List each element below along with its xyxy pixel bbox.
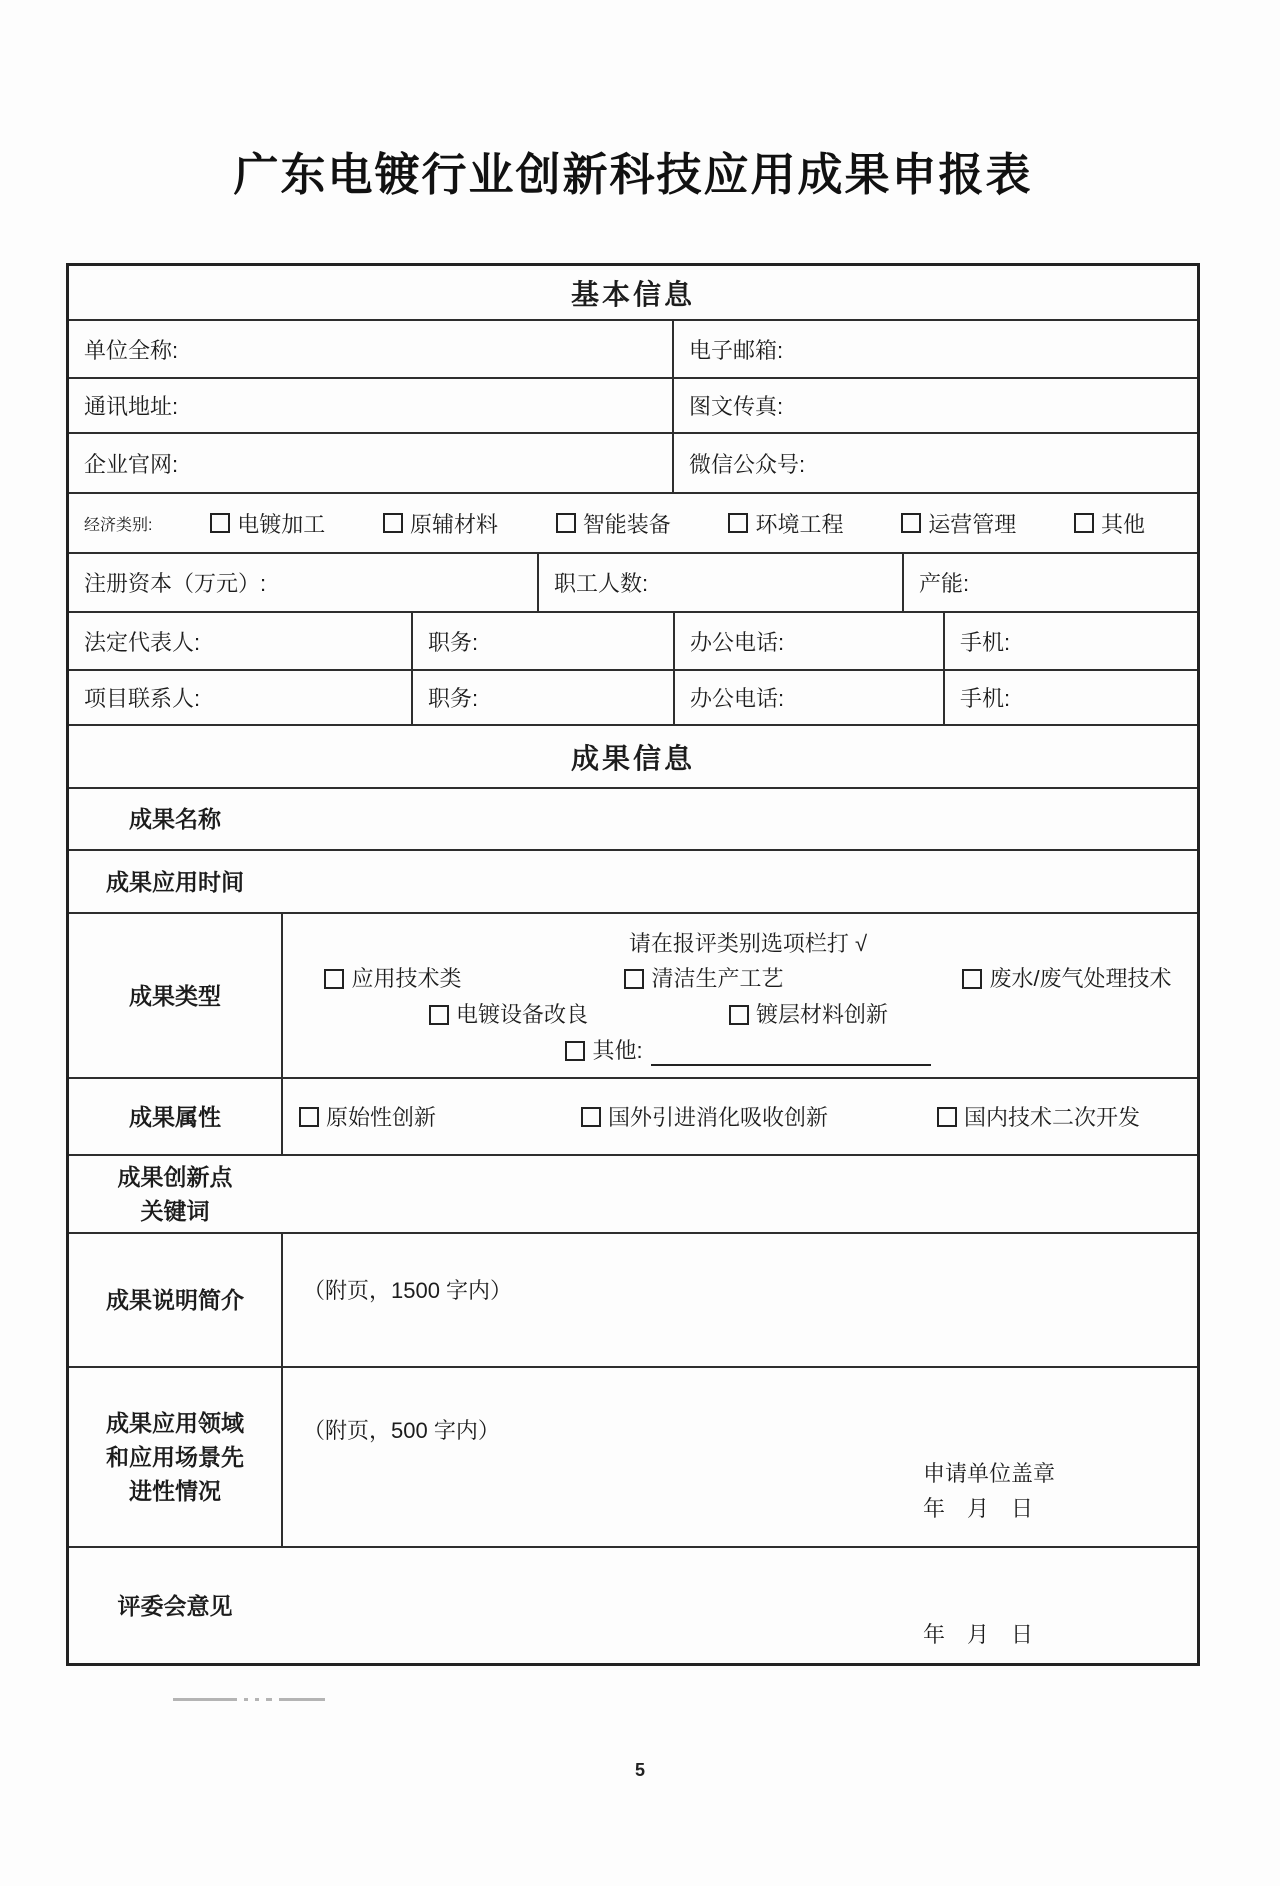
row-website-wechat: 企业官网: 微信公众号:: [69, 434, 1197, 494]
checkbox-option-environmental-engineering: 环境工程: [728, 508, 843, 539]
capacity-label: 产能:: [919, 567, 969, 598]
option-label: 其他:: [592, 1036, 642, 1066]
mobile-label: 手机:: [960, 682, 1010, 713]
legal-rep-mobile-field: 手机:: [943, 613, 1197, 669]
staff-count-field: 职工人数:: [537, 554, 902, 611]
checkbox-icon: [581, 1107, 601, 1127]
legal-rep-label: 法定代表人:: [84, 626, 200, 657]
email-label: 电子邮箱:: [689, 334, 783, 365]
stamp-date-line: 年 月 日: [923, 1491, 1055, 1526]
achievement-info-header-label: 成果信息: [571, 737, 695, 777]
section-header-achievement-info: 成果信息: [69, 726, 1197, 789]
application-field-label-line3: 进性情况: [129, 1474, 221, 1508]
checkbox-option-smart-equipment: 智能装备: [556, 508, 671, 539]
stamp-label: 申请单位盖章: [923, 1456, 1055, 1491]
checkbox-icon: [728, 513, 748, 533]
office-phone-label: 办公电话:: [690, 626, 784, 657]
other-type-fill-line: [651, 1042, 931, 1066]
option-label: 国外引进消化吸收创新: [608, 1101, 828, 1132]
checkbox-option-operations-management: 运营管理: [901, 508, 1016, 539]
project-contact-mobile-field: 手机:: [943, 671, 1197, 724]
registered-capital-field: 注册资本（万元）:: [69, 554, 537, 611]
checkbox-icon: [299, 1107, 319, 1127]
achievement-time-label-cell: 成果应用时间: [69, 851, 281, 912]
option-label: 原辅材料: [410, 508, 498, 539]
committee-opinion-input-area: 年 月 日: [281, 1548, 1197, 1663]
checkbox-option-equipment-improvement: 电镀设备改良: [429, 1000, 729, 1030]
option-label: 镀层材料创新: [756, 1000, 888, 1030]
page-number: 5: [0, 1760, 1280, 1781]
achievement-summary-label-cell: 成果说明简介: [69, 1234, 281, 1366]
checkbox-icon: [1074, 513, 1094, 533]
legal-rep-position-field: 职务:: [411, 613, 673, 669]
row-achievement-type: 成果类型 请在报评类别选项栏打 √ 应用技术类 清洁生产工艺 废水/废气处理技: [69, 914, 1197, 1079]
type-options-line-3: 其他:: [565, 1036, 930, 1066]
application-field-label-cell: 成果应用领域 和应用场景先 进性情况: [69, 1368, 281, 1546]
row-application-field: 成果应用领域 和应用场景先 进性情况 （附页，500 字内） 申请单位盖章 年 …: [69, 1368, 1197, 1548]
checkbox-option-plating-processing: 电镀加工: [210, 508, 325, 539]
option-label: 环境工程: [755, 508, 843, 539]
project-contact-office-phone-field: 办公电话:: [673, 671, 943, 724]
checkbox-icon: [729, 1005, 749, 1025]
application-form-table: 基本信息 单位全称: 电子邮箱: 通讯地址: 图文传真: 企业官网: 微信公众号…: [66, 263, 1200, 1666]
summary-attachment-note: （附页，1500 字内）: [303, 1278, 512, 1303]
achievement-summary-label: 成果说明简介: [106, 1283, 244, 1317]
checkbox-icon: [210, 513, 230, 533]
checkbox-icon: [624, 969, 644, 989]
economic-category-field: 经济类别: 电镀加工 原辅材料 智能装备 环境工程: [69, 494, 1197, 552]
position-label: 职务:: [428, 626, 478, 657]
checkbox-option-foreign-absorbed-innovation: 国外引进消化吸收创新: [581, 1101, 937, 1132]
option-label: 废水/废气处理技术: [989, 964, 1171, 994]
option-label: 电镀加工: [237, 508, 325, 539]
position-label: 职务:: [428, 682, 478, 713]
address-label: 通讯地址:: [84, 390, 178, 421]
checkbox-icon: [962, 969, 982, 989]
option-label: 智能装备: [583, 508, 671, 539]
checkbox-option-raw-materials: 原辅材料: [383, 508, 498, 539]
applicant-stamp-block: 申请单位盖章 年 月 日: [923, 1456, 1055, 1526]
checkbox-icon: [937, 1107, 957, 1127]
option-label: 清洁生产工艺: [651, 964, 783, 994]
checkbox-option-other: 其他: [1074, 508, 1145, 539]
type-options-line-2: 电镀设备改良 镀层材料创新: [429, 1000, 1067, 1030]
website-field: 企业官网:: [69, 434, 672, 492]
legal-rep-field: 法定代表人:: [69, 613, 411, 669]
achievement-type-options-cell: 请在报评类别选项栏打 √ 应用技术类 清洁生产工艺 废水/废气处理技术: [281, 914, 1197, 1077]
achievement-attribute-label: 成果属性: [129, 1100, 221, 1134]
option-label: 运营管理: [928, 508, 1016, 539]
row-committee-opinion: 评委会意见 年 月 日: [69, 1548, 1197, 1663]
checkbox-option-original-innovation: 原始性创新: [299, 1101, 581, 1132]
row-achievement-attribute: 成果属性 原始性创新 国外引进消化吸收创新 国内技术二次开发: [69, 1079, 1197, 1156]
achievement-attribute-label-cell: 成果属性: [69, 1079, 281, 1154]
option-label: 原始性创新: [326, 1101, 436, 1132]
staff-count-label: 职工人数:: [554, 567, 648, 598]
checkbox-icon: [901, 513, 921, 533]
fax-label: 图文传真:: [689, 390, 783, 421]
committee-opinion-label-cell: 评委会意见: [69, 1548, 281, 1663]
achievement-attribute-options-cell: 原始性创新 国外引进消化吸收创新 国内技术二次开发: [281, 1079, 1197, 1154]
checkbox-icon: [565, 1041, 585, 1061]
achievement-name-label: 成果名称: [129, 802, 221, 836]
committee-date-line: 年 月 日: [923, 1618, 1033, 1649]
wechat-label: 微信公众号:: [689, 448, 805, 479]
application-field-label-line1: 成果应用领域: [106, 1406, 244, 1440]
legal-rep-office-phone-field: 办公电话:: [673, 613, 943, 669]
field-attachment-note: （附页，500 字内）: [303, 1418, 500, 1443]
unit-name-label: 单位全称:: [84, 334, 178, 365]
row-achievement-name: 成果名称: [69, 789, 1197, 851]
achievement-summary-input-area: （附页，1500 字内）: [281, 1234, 1197, 1366]
checkbox-icon: [324, 969, 344, 989]
capacity-field: 产能:: [902, 554, 1197, 611]
achievement-type-label-cell: 成果类型: [69, 914, 281, 1077]
type-options-line-1: 应用技术类 清洁生产工艺 废水/废气处理技术: [324, 964, 1171, 994]
application-field-input-area: （附页，500 字内） 申请单位盖章 年 月 日: [281, 1368, 1197, 1546]
checkbox-option-applied-technology: 应用技术类: [324, 964, 624, 994]
row-capital-staff-capacity: 注册资本（万元）: 职工人数: 产能:: [69, 554, 1197, 613]
website-label: 企业官网:: [84, 448, 178, 479]
checkbox-option-domestic-secondary-development: 国内技术二次开发: [937, 1101, 1197, 1132]
mobile-label: 手机:: [960, 626, 1010, 657]
option-label: 应用技术类: [351, 964, 461, 994]
registered-capital-label: 注册资本（万元）:: [84, 567, 266, 598]
keywords-label-line1: 成果创新点: [118, 1160, 233, 1194]
document-page: 广东电镀行业创新科技应用成果申报表 基本信息 单位全称: 电子邮箱: 通讯地址:…: [0, 0, 1280, 1886]
row-unit-email: 单位全称: 电子邮箱:: [69, 321, 1197, 379]
page-title: 广东电镀行业创新科技应用成果申报表: [66, 138, 1200, 203]
type-hint-text: 请在报评类别选项栏打 √: [629, 927, 867, 958]
option-label: 电镀设备改良: [456, 1000, 588, 1030]
unit-name-field: 单位全称:: [69, 321, 672, 377]
project-contact-label: 项目联系人:: [84, 682, 200, 713]
economic-category-label: 经济类别:: [84, 512, 152, 535]
project-contact-field: 项目联系人:: [69, 671, 411, 724]
project-contact-position-field: 职务:: [411, 671, 673, 724]
option-label: 其他: [1101, 508, 1145, 539]
basic-info-header-label: 基本信息: [571, 273, 695, 313]
innovation-keywords-label-cell: 成果创新点 关键词: [69, 1156, 281, 1232]
row-address-fax: 通讯地址: 图文传真:: [69, 379, 1197, 434]
row-achievement-summary: 成果说明简介 （附页，1500 字内）: [69, 1234, 1197, 1368]
checkbox-option-clean-production: 清洁生产工艺: [624, 964, 962, 994]
checkbox-icon: [383, 513, 403, 533]
checkbox-icon: [429, 1005, 449, 1025]
checkbox-option-wastewater-gas-treatment: 废水/废气处理技术: [962, 964, 1171, 994]
row-economic-category: 经济类别: 电镀加工 原辅材料 智能装备 环境工程: [69, 494, 1197, 554]
row-innovation-keywords: 成果创新点 关键词: [69, 1156, 1197, 1234]
row-project-contact: 项目联系人: 职务: 办公电话: 手机:: [69, 671, 1197, 726]
address-field: 通讯地址:: [69, 379, 672, 432]
achievement-type-label: 成果类型: [129, 979, 221, 1013]
achievement-name-label-cell: 成果名称: [69, 789, 281, 849]
scan-smudge-artifact: [173, 1698, 325, 1701]
fax-field: 图文传真:: [672, 379, 1197, 432]
option-label: 国内技术二次开发: [964, 1101, 1140, 1132]
achievement-time-input-area: [281, 851, 1197, 912]
keywords-label-line2: 关键词: [141, 1194, 210, 1228]
checkbox-icon: [556, 513, 576, 533]
wechat-field: 微信公众号:: [672, 434, 1197, 492]
section-header-basic-info: 基本信息: [69, 266, 1197, 321]
committee-opinion-label: 评委会意见: [118, 1589, 233, 1623]
office-phone-label: 办公电话:: [690, 682, 784, 713]
achievement-name-input-area: [281, 789, 1197, 849]
row-achievement-time: 成果应用时间: [69, 851, 1197, 914]
checkbox-option-type-other: 其他:: [565, 1036, 642, 1066]
row-legal-representative: 法定代表人: 职务: 办公电话: 手机:: [69, 613, 1197, 671]
email-field: 电子邮箱:: [672, 321, 1197, 377]
achievement-time-label: 成果应用时间: [106, 865, 244, 899]
application-field-label-line2: 和应用场景先: [106, 1440, 244, 1474]
innovation-keywords-input-area: [281, 1156, 1197, 1232]
checkbox-option-coating-material-innovation: 镀层材料创新: [729, 1000, 1067, 1030]
